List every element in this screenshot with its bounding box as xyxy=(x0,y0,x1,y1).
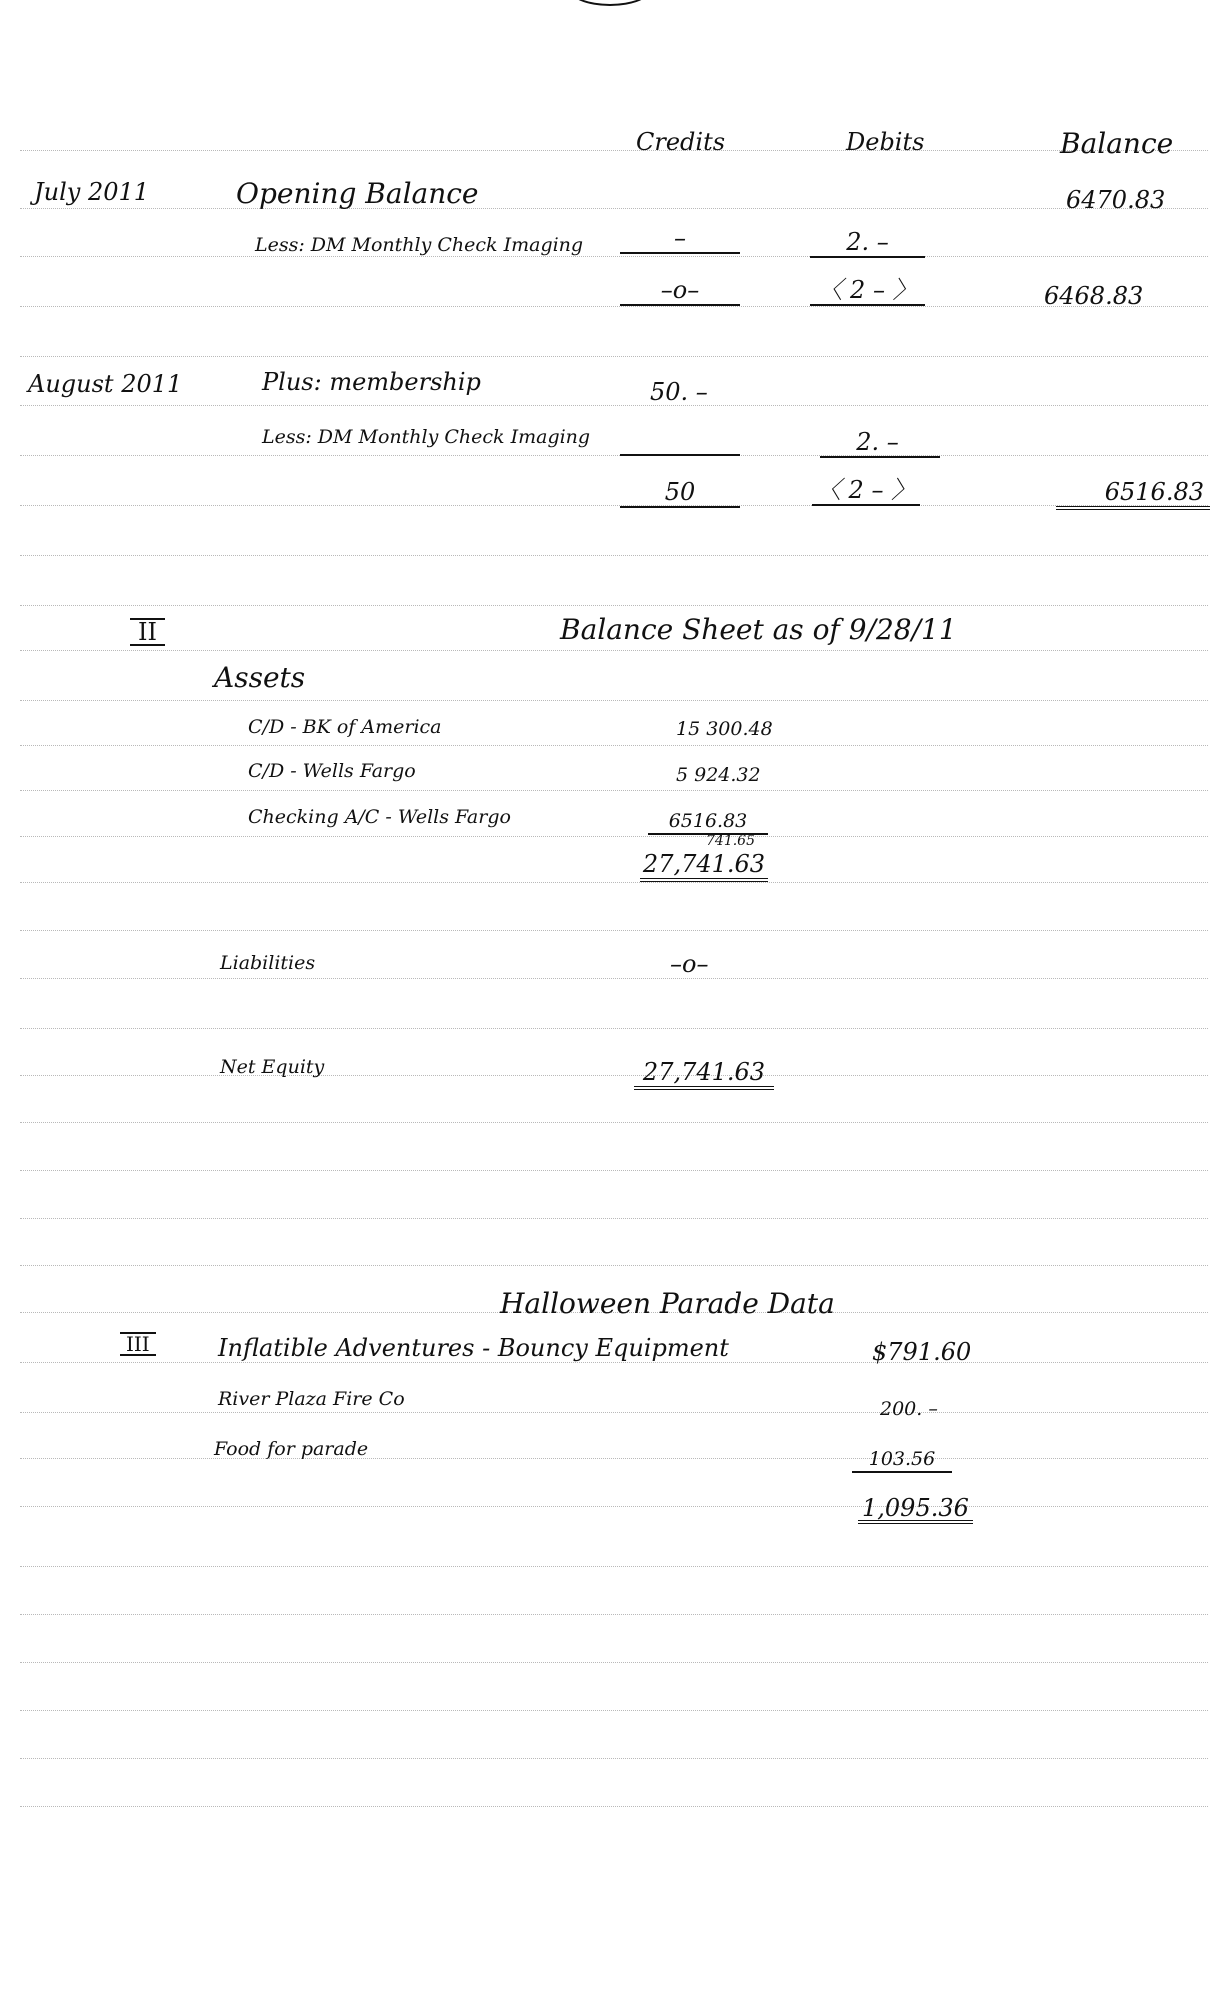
ruled-line xyxy=(20,405,1208,406)
ruled-line xyxy=(20,1412,1208,1413)
net-equity-amount: 27,741.63 xyxy=(634,1060,774,1090)
expense-amount: 200. – xyxy=(880,1400,938,1419)
expenses-total: 1,095.36 xyxy=(858,1496,973,1524)
halloween-title: Halloween Parade Data xyxy=(500,1290,835,1318)
ruled-line xyxy=(20,836,1208,837)
column-header-credits: Credits xyxy=(636,130,725,154)
july-less-debit: 2. – xyxy=(810,230,925,258)
ruled-line xyxy=(20,1362,1208,1363)
expense-label: Food for parade xyxy=(214,1440,368,1459)
july-ending-balance: 6468.83 xyxy=(1044,284,1143,308)
assets-heading: Assets xyxy=(214,664,305,692)
ruled-line xyxy=(20,978,1208,979)
ruled-line xyxy=(20,605,1208,606)
ruled-line xyxy=(20,1614,1208,1615)
opening-balance-label: Opening Balance xyxy=(236,180,479,208)
ledger-page: Credits Debits Balance July 2011 Opening… xyxy=(0,0,1228,2000)
asset-amount: 6516.83 xyxy=(648,812,768,835)
august-credit-underline xyxy=(620,454,740,456)
august-subtotal-debit: 〈 2 – 〉 xyxy=(812,478,920,506)
ruled-line xyxy=(20,1075,1208,1076)
ruled-line xyxy=(20,505,1208,506)
august-subtotal-credit: 50 xyxy=(620,480,740,508)
august-debit-underline xyxy=(820,456,940,458)
asset-label: Checking A/C - Wells Fargo xyxy=(248,808,511,827)
period-august: August 2011 xyxy=(28,372,182,396)
august-plus-label: Plus: membership xyxy=(262,370,481,394)
paper-clip-mark xyxy=(568,0,652,6)
ruled-line xyxy=(20,1218,1208,1219)
asset-label: C/D - Wells Fargo xyxy=(248,762,416,781)
ruled-line xyxy=(20,745,1208,746)
expense-label: Inflatible Adventures - Bouncy Equipment xyxy=(218,1336,729,1360)
ruled-line xyxy=(20,930,1208,931)
july-subtotal-debit: 〈 2 – 〉 xyxy=(810,278,925,306)
period-july: July 2011 xyxy=(34,180,149,204)
ruled-line xyxy=(20,1710,1208,1711)
august-ending-balance: 6516.83 xyxy=(1056,480,1210,510)
ruled-line xyxy=(20,555,1208,556)
asset-amount: 15 300.48 xyxy=(676,720,773,739)
ruled-line xyxy=(20,790,1208,791)
ruled-line xyxy=(20,1662,1208,1663)
august-less-label: Less: DM Monthly Check Imaging xyxy=(262,428,590,447)
ruled-line xyxy=(20,256,1208,257)
july-less-label: Less: DM Monthly Check Imaging xyxy=(255,236,583,255)
ruled-line xyxy=(20,882,1208,883)
ruled-line xyxy=(20,1170,1208,1171)
ruled-line xyxy=(20,1758,1208,1759)
ruled-line xyxy=(20,1028,1208,1029)
expense-label: River Plaza Fire Co xyxy=(218,1390,405,1409)
ruled-line xyxy=(20,208,1208,209)
liabilities-amount: –o– xyxy=(670,952,708,976)
july-less-credit: – xyxy=(620,226,740,254)
balance-sheet-title: Balance Sheet as of 9/28/11 xyxy=(560,616,957,644)
ruled-line xyxy=(20,1806,1208,1807)
liabilities-label: Liabilities xyxy=(220,954,315,973)
assets-total: 27,741.63 xyxy=(640,852,768,882)
opening-balance-amount: 6470.83 xyxy=(1066,188,1165,212)
ruled-line xyxy=(20,306,1208,307)
asset-label: C/D - BK of America xyxy=(248,718,442,737)
section-ii-numeral: II xyxy=(130,618,165,646)
ruled-line xyxy=(20,700,1208,701)
august-less-debit: 2. – xyxy=(820,430,935,454)
column-header-balance: Balance xyxy=(1060,130,1173,158)
section-iii-numeral: III xyxy=(120,1332,156,1356)
ruled-line xyxy=(20,1265,1208,1266)
expense-amount: $791.60 xyxy=(872,1340,971,1364)
assets-total-correction: 741.65 xyxy=(706,834,755,848)
expense-amount: 103.56 xyxy=(852,1450,952,1473)
ruled-line xyxy=(20,150,1208,151)
ruled-line xyxy=(20,1506,1208,1507)
asset-amount: 5 924.32 xyxy=(676,766,761,785)
net-equity-label: Net Equity xyxy=(220,1058,324,1077)
column-header-debits: Debits xyxy=(846,130,924,154)
ruled-line xyxy=(20,455,1208,456)
ruled-line xyxy=(20,1458,1208,1459)
ruled-line xyxy=(20,650,1208,651)
ruled-line xyxy=(20,356,1208,357)
july-subtotal-credit: –o– xyxy=(620,278,740,306)
ruled-line xyxy=(20,1122,1208,1123)
august-plus-credit: 50. – xyxy=(650,380,708,404)
ruled-line xyxy=(20,1566,1208,1567)
